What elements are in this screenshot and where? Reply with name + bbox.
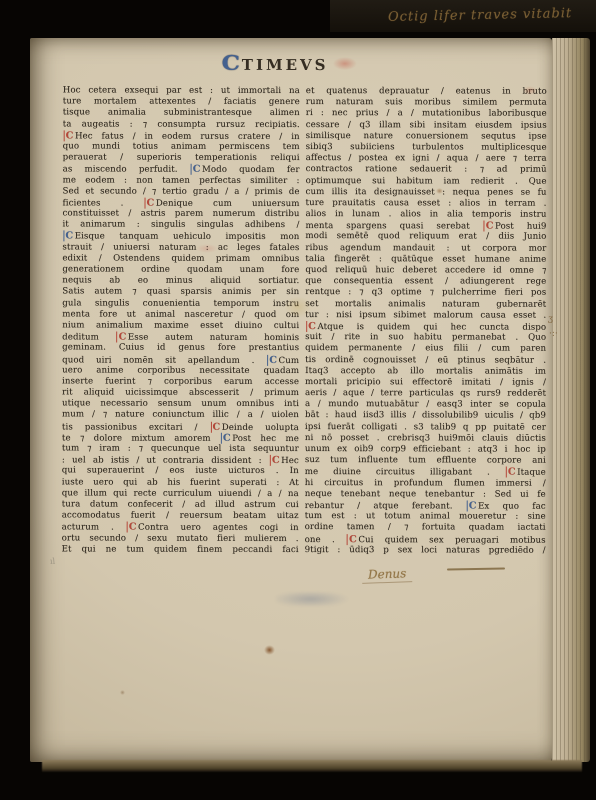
text-line: generationem ordine quodam unam fore <box>62 264 299 276</box>
text-line: 9tigit : ūdiq3 p sex loci naturas pgredi… <box>305 545 546 557</box>
text-line: rum naturam suis moribus similem permuta <box>306 97 547 109</box>
text-line: acturum . CContra uero agentes cogi in <box>62 522 299 534</box>
page-title: TIMEVS <box>242 56 329 74</box>
pencil-smudge: ıl <box>50 555 77 567</box>
text-line: cessare / q3 illam sibi insitam eiusdem … <box>306 120 547 132</box>
text-line: rit aliquid uicissimque abscesserit / pr… <box>62 387 299 399</box>
text-line: CAtque is quidem qui hec cuncta dispo <box>305 321 546 333</box>
text-line: one . CCui quidem sex peruagari motibus <box>305 534 546 546</box>
text-line: optimumque sui habitum iam redierit . Qu… <box>306 176 547 188</box>
foxing-spot <box>436 188 443 194</box>
text-line: tur : nisi ipsum sibimet malorum causa e… <box>305 310 546 322</box>
text-line: uero anime corporibus necessitate quadam <box>62 365 299 377</box>
red-ink-smudge <box>332 57 356 70</box>
text-column-left: Hoc cetera exsequi par est : ut immortal… <box>62 85 300 555</box>
text-line: perauerat / superioris temperationis rel… <box>63 153 300 165</box>
text-line: me diuine circuitus illigabant . CItaque <box>305 466 546 478</box>
text-line: set mortalis animalis naturam gubernarēt <box>305 299 546 311</box>
text-line: rentque : ⁊ q3 optime ⁊ pulcherrime fier… <box>305 287 546 299</box>
text-line: mum / ⁊ nature coniunctum illic / a / ui… <box>62 410 299 422</box>
text-line: ture mortalem attexentes / faciatis gene… <box>63 97 300 109</box>
text-line: aeris / aque / terre particulas qs rurs9… <box>305 388 546 400</box>
text-line: Hoc cetera exsequi par est : ut immortal… <box>63 85 300 97</box>
text-line: : uel ab istis / ut contraria dissident … <box>62 455 299 467</box>
text-line: suit / rite in suo habitu permanebat . Q… <box>305 332 546 344</box>
book-photograph: Octig lifer traves vitabit C TIMEVS Hoc … <box>0 0 596 800</box>
text-line: deditum CEsse autem naturam hominis <box>62 332 299 344</box>
red-capitulum-mark: C <box>116 332 128 343</box>
text-line: inserte fuerint ⁊ corporibus earum acces… <box>62 376 299 388</box>
text-line: suz tum influente tum effluente corpore … <box>305 455 546 467</box>
text-line: cum illis ita designauisset : nequa pene… <box>306 187 547 199</box>
text-line: ribus agendum mandauit : ut corpora mor <box>305 243 546 255</box>
text-line: menta fore ut animal nasceretur / quod o… <box>62 309 299 321</box>
text-line: utique necessario sensum unum omnibus in… <box>62 399 299 411</box>
text-line: tis ordinē cognouisset / eū ptinus seqbā… <box>305 355 546 367</box>
text-line: me eodem : non tamen perfectas similiter… <box>63 175 300 187</box>
foxing-spot <box>120 690 125 695</box>
text-line: modi semētē quod reliquum erat / diis Ju… <box>305 231 546 243</box>
ink-showthrough <box>276 592 362 606</box>
red-capitulum-mark: C <box>63 130 75 141</box>
text-line: que illum qui recte curriculum uiuendi /… <box>62 488 299 500</box>
text-line: ortu secundo / sexu mutato fieri muliere… <box>62 533 299 545</box>
foxing-spot <box>264 645 275 655</box>
red-capitulum-mark: C <box>346 534 358 545</box>
text-line: Sed et secundo / ⁊ tertio gradu / a / pr… <box>63 186 300 198</box>
text-line: contractos ratione sedauerit : ⁊ ad prim… <box>306 164 547 176</box>
text-line: tum ⁊ iram : ⁊ quecunque uel ista sequun… <box>62 443 299 455</box>
text-line: Et qui ne tum quidem finem peccandi faci <box>62 544 299 556</box>
text-line: ri : nec prius / a / mutationibus labori… <box>306 108 547 120</box>
text-line: Satis autem ⁊ quasi sparsis animis per s… <box>62 287 299 299</box>
text-line: qui superauerint / eos iuste uicturos . … <box>62 466 299 478</box>
page-heading: C TIMEVS <box>223 54 357 74</box>
red-capitulum-mark: C <box>269 455 281 466</box>
text-line: ta augeatis : ⁊ consumpta rursuz recipia… <box>63 119 300 131</box>
text-line: accomodatus fuerit / reuersum beatam uit… <box>62 511 299 523</box>
text-line: CEisque tanquam uehiculo impositis mon <box>62 231 299 243</box>
text-line: ipsi fuerāt colligati . s3 talib9 q pp p… <box>305 422 546 434</box>
text-line: edixit / Ostendens quidem primam omnibus <box>62 253 299 265</box>
text-line: rebantur / atque ferebant. CEx quo fac <box>305 500 546 512</box>
red-capitulum-mark: C <box>483 221 495 232</box>
text-line: affectus / postea ex igni / aqua / aere … <box>306 153 547 165</box>
text-line: nium animalium maxime esset diuino cultu… <box>62 320 299 332</box>
text-line: neque tenebant neque tenebantur : Sed ui… <box>305 489 546 501</box>
blue-capitulum-mark: C <box>190 164 202 175</box>
foxing-spot <box>523 86 537 95</box>
text-line: quod uiri nomēn sit apellandum . CCum <box>62 354 299 366</box>
red-capitulum-mark: C <box>209 421 221 432</box>
text-line: quidem permanente / eius filii / cum par… <box>305 343 546 355</box>
text-line: mortali pricipio sui effectorē imitati /… <box>305 377 546 389</box>
red-capitulum-mark: C <box>305 321 317 332</box>
red-capitulum-mark: C <box>144 197 156 208</box>
text-line: talia fingerēt : quātūque esset humane a… <box>305 254 546 266</box>
ink-smear <box>196 244 218 253</box>
text-line: ordine tamen / ⁊ fortuita quadam iactati <box>305 522 546 534</box>
text-line: menta spargens quasi serebat CPost hui9 <box>305 220 546 232</box>
red-capitulum-mark: C <box>505 467 517 478</box>
text-line: tum est : ut totum animal moueretur : si… <box>305 511 546 523</box>
text-line: tura datum confecerit / ad illud astrum … <box>62 499 299 511</box>
text-line: quo mundi totius animam permiscens tem <box>63 141 300 153</box>
blue-capitulum-mark: C <box>266 354 278 365</box>
text-line: as miscendo perfudit. CModo quodam fer <box>63 164 300 176</box>
text-line: sibiq3 subiiciens turbulentos multiplice… <box>306 142 547 154</box>
text-line: te ⁊ dolore mixtum amorem CPost hec me <box>62 432 299 444</box>
text-line: bāt : haud iisd3 illis / dissolubilib9 u… <box>305 410 546 422</box>
text-line: similisque nature conuersionem sequtus i… <box>306 131 547 143</box>
text-line: gula singulis conuenientia temporum inst… <box>62 298 299 310</box>
text-line: quod reliquū huic deberet accedere id om… <box>305 265 546 277</box>
text-line: tis passionibus excitari / CDeinde uolup… <box>62 421 299 433</box>
text-line: strauit / uniuersi naturam : ac leges fa… <box>62 242 299 254</box>
manuscript-bottom-note: Denus <box>362 566 413 584</box>
blue-capitulum-mark: C <box>466 500 478 511</box>
text-line: geminam. Cuius id genus fore prestantius <box>62 343 299 355</box>
text-line: ficientes . CDenique cum uniuersum <box>63 197 300 209</box>
text-line: it animarum : singulis singulas adhibens… <box>62 220 299 232</box>
text-line: ture prauitatis causa esset : alios in t… <box>305 198 546 210</box>
text-line: nequis ab eo minus aliquid sortiatur. <box>62 276 299 288</box>
text-line: hi circuitus in profundum flumen immersi… <box>305 478 546 490</box>
printed-text-block: C TIMEVS Hoc cetera exsequi par est : ut… <box>0 0 596 800</box>
text-line: constituisset / astris parem numerum dis… <box>62 208 299 220</box>
text-line: ni nō posset . crebrisq3 hui9mōi clauis … <box>305 433 546 445</box>
text-line: a / mundo mutuabātur / easq3 inter se co… <box>305 399 546 411</box>
text-line: iuste uero qui ab his fuerint superati :… <box>62 477 299 489</box>
margin-ink-mark: ·:· <box>549 329 558 339</box>
text-column-right: et quatenus deprauatur / eatenus in brut… <box>305 86 547 557</box>
red-capitulum-mark: C <box>126 522 138 533</box>
capitulum-mark: C <box>222 54 240 72</box>
text-line: alios in lunam . alios in alia temporis … <box>305 209 546 221</box>
stain <box>284 296 312 318</box>
text-line: CHec fatus / in eodem rursus cratere / i… <box>63 130 300 142</box>
text-line: tisque animalia subministrantesque alime… <box>63 108 300 120</box>
blue-capitulum-mark: C <box>220 433 232 444</box>
text-line: unum ex oib9 corp9 efficiebant : atq3 i … <box>305 444 546 456</box>
text-line: Itaq3 accepto ab illo mortalis animātis … <box>305 366 546 378</box>
text-line: que consequentia essent / adiungerent re… <box>305 276 546 288</box>
blue-capitulum-mark: C <box>62 231 74 242</box>
text-line: et quatenus deprauatur / eatenus in brut… <box>306 86 547 98</box>
